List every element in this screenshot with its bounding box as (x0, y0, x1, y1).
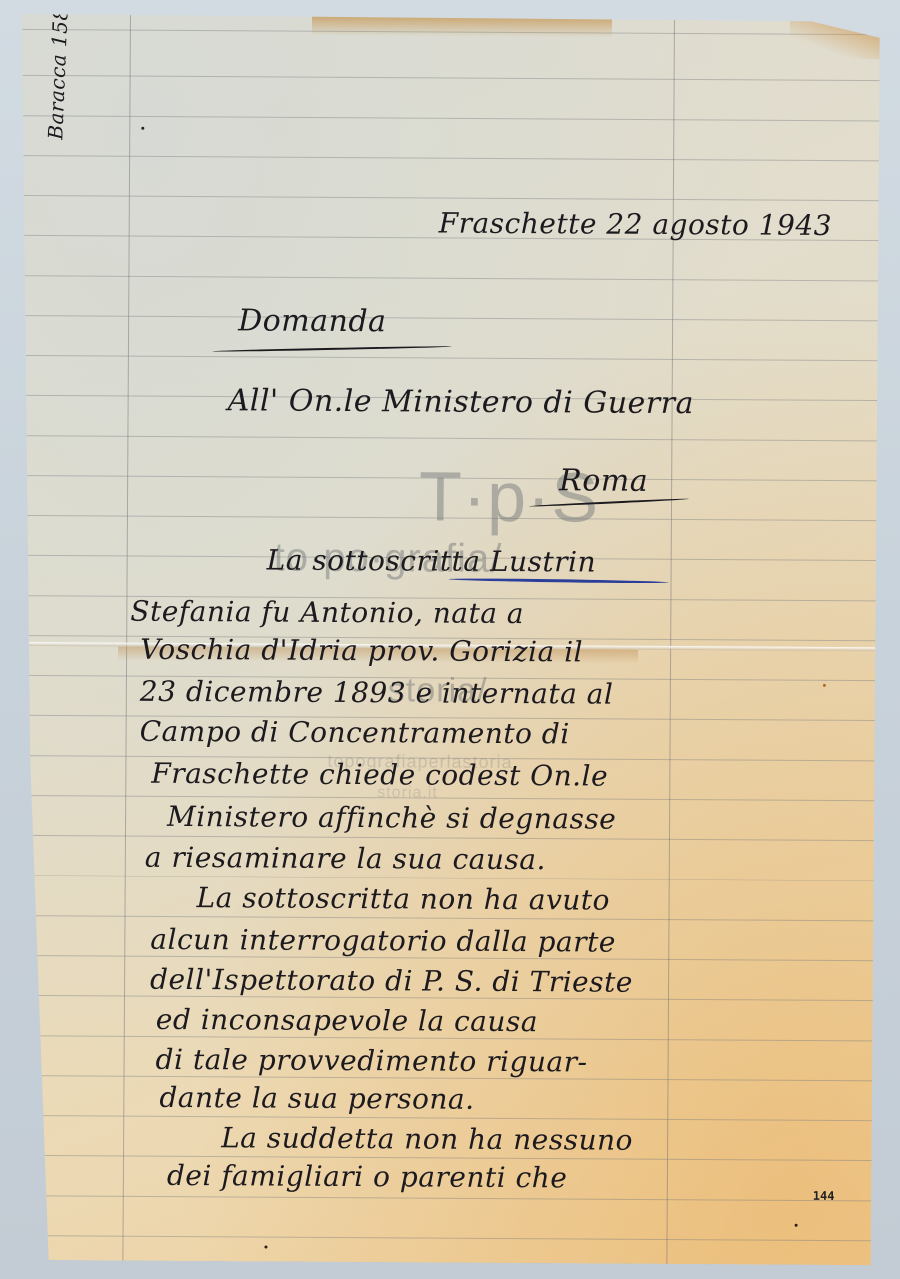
body-line-8: a riesaminare la sua causa. (145, 841, 546, 876)
body-line-11: dell'Ispettorato di P. S. di Trieste (150, 963, 633, 999)
ink-speck (795, 1224, 798, 1227)
body-line-7: Ministero affinchè si degnasse (167, 800, 616, 836)
corner-stain (790, 19, 880, 60)
ink-speck (264, 1246, 267, 1249)
addressee-city: Roma (559, 463, 648, 499)
body-line-2: Stefania fu Antonio, nata a (130, 595, 524, 630)
body-line-6: Fraschette chiede codest On.le (151, 757, 608, 793)
body-line-16: dei famigliari o parenti che (167, 1159, 568, 1194)
letter-paper: T·p·S to·po·grafia/ storia/ topografiape… (14, 14, 880, 1265)
place-date: Fraschette 22 agosto 1943 (439, 207, 832, 242)
body-line-13: di tale provvedimento riguar- (156, 1043, 588, 1079)
body-line-1: La sottoscritta Lustrin (267, 544, 597, 579)
body-line-9: La sottoscritta non ha avuto (197, 881, 611, 917)
body-line-5: Campo di Concentramento di (140, 715, 570, 751)
rust-speck (823, 684, 826, 687)
body-line-12: ed inconsapevole la causa (156, 1003, 538, 1038)
body-line-14: dante la sua persona. (159, 1081, 474, 1116)
body-line-4: 23 dicembre 1893 e internata al (140, 675, 614, 711)
water-stain (312, 16, 612, 38)
body-line-3: Voschia d'Idria prov. Gorizia il (140, 633, 583, 669)
ink-speck (141, 127, 144, 130)
body-line-15: La suddetta non ha nessuno (221, 1121, 633, 1157)
addressee: All' On.le Ministero di Guerra (228, 383, 695, 421)
page-number: 144 (813, 1189, 835, 1203)
body-line-10: alcun interrogatorio dalla parte (150, 923, 616, 959)
heading: Domanda (238, 303, 387, 339)
